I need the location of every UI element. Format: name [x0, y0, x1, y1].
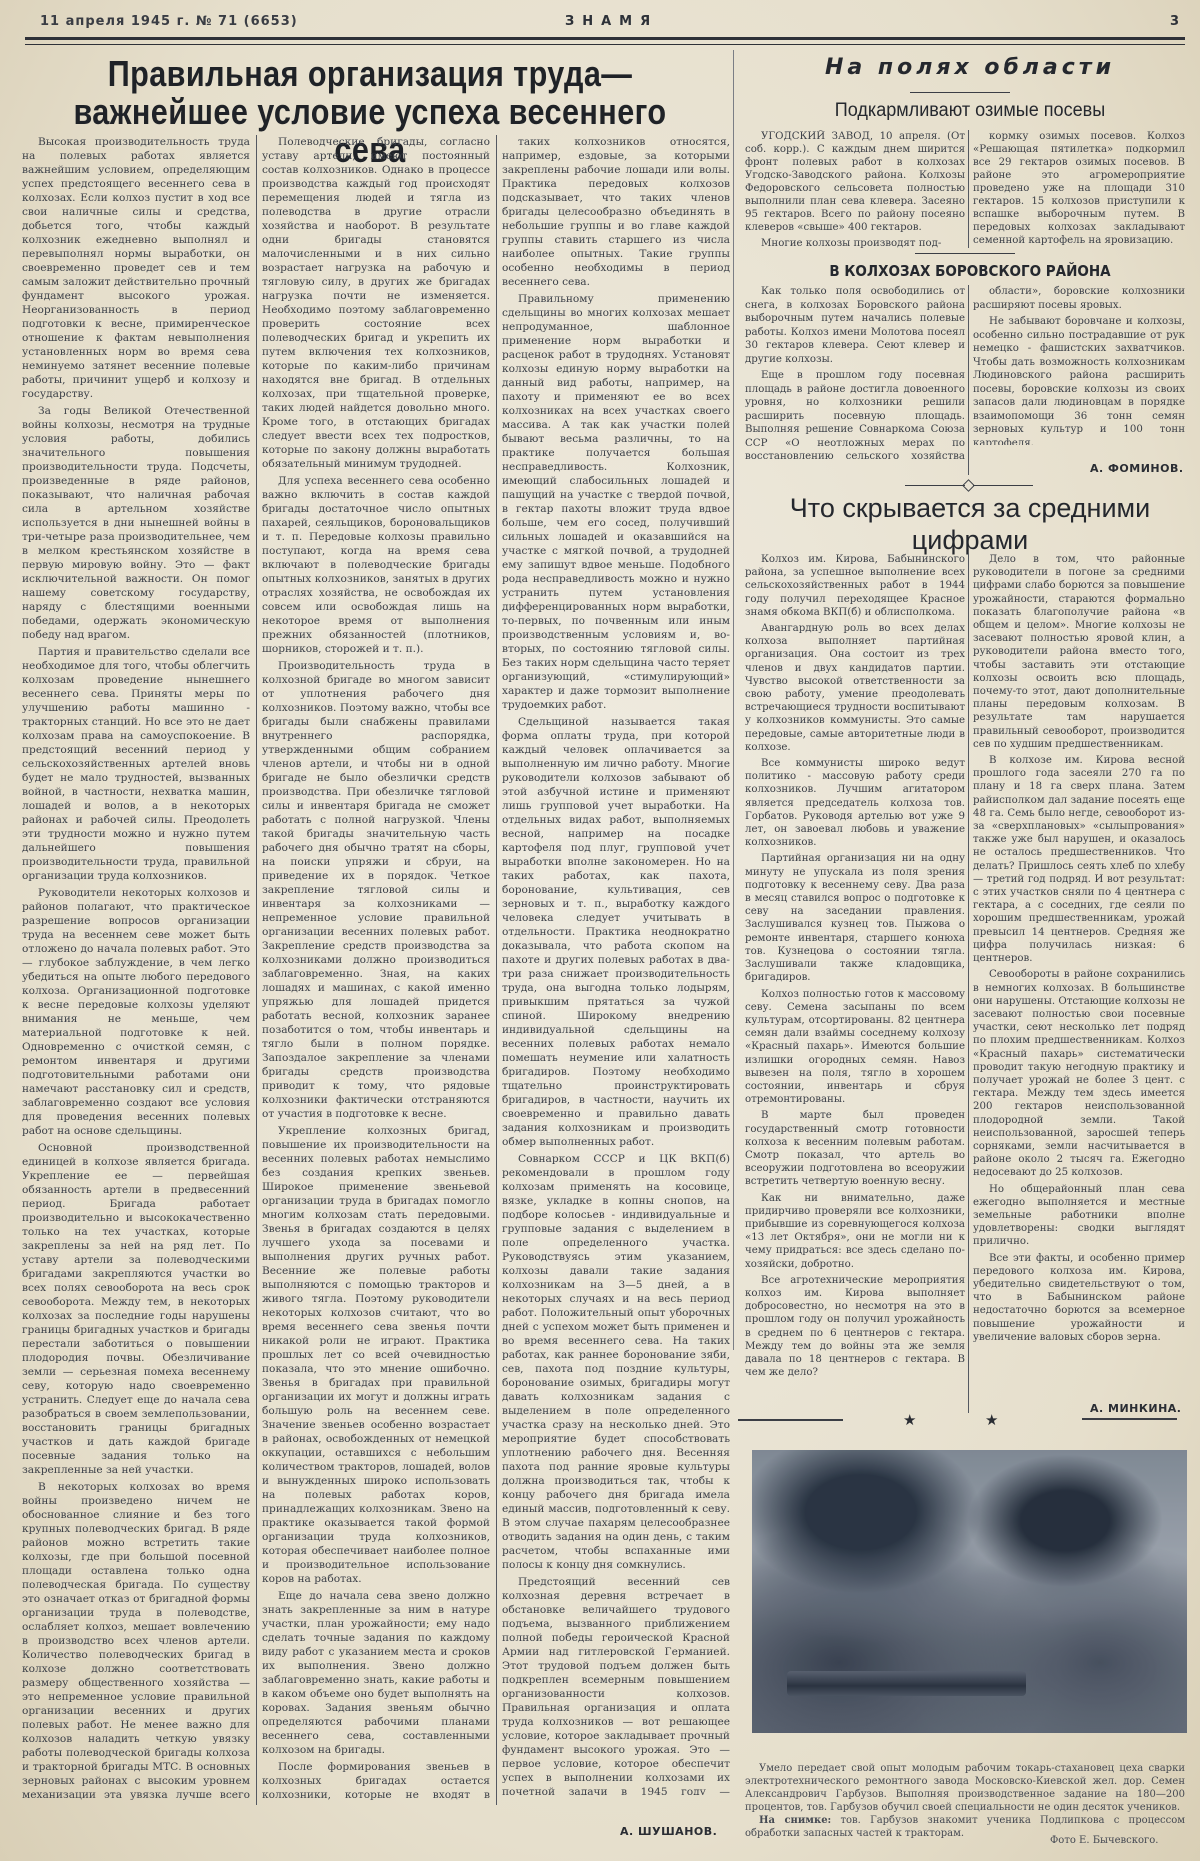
- decorative-rule: [738, 1419, 843, 1421]
- column-divider: [256, 135, 257, 1805]
- main-article-byline: А. ШУШАНОВ.: [620, 1825, 717, 1838]
- decorative-rule: [910, 92, 1010, 93]
- paragraph: УГОДСКИЙ ЗАВОД, 10 апреля. (От соб. корр…: [745, 130, 965, 234]
- main-article-column-3: таких колхозников относятся, например, е…: [502, 135, 730, 1795]
- paragraph: Колхоз им. Кирова, Бабынинского района, …: [745, 553, 965, 619]
- paragraph: Партия и правительство сделали все необх…: [22, 645, 250, 883]
- main-headline: Правильная организация труда— важнейшее …: [64, 55, 676, 130]
- paragraph: В некоторых колхозах во время войны прои…: [22, 1480, 250, 1800]
- paragraph: Правильному применению сдельщины во мног…: [502, 292, 730, 712]
- article2-byline: А. ФОМИНОВ.: [1090, 462, 1184, 475]
- column-divider: [968, 130, 969, 248]
- article2-column-1: Как только поля освободились от снега, в…: [745, 285, 965, 460]
- paragraph: Как ни внимательно, даже придирчиво пров…: [745, 1192, 965, 1271]
- article1-column-2: кормку озимых посевов. Колхоз «Решающая …: [973, 130, 1185, 255]
- section-title: На полях области: [740, 55, 1200, 80]
- paragraph: Не забывают боровчане и колхозы, особенн…: [973, 315, 1185, 445]
- paragraph: В колхозе им. Кирова весной прошлого год…: [973, 754, 1185, 965]
- article1-headline: Подкармливают озимые посевы: [752, 100, 1189, 122]
- paragraph: Многие колхозы производят под-: [745, 237, 965, 250]
- paragraph: В марте был проведен государственный смо…: [745, 1109, 965, 1188]
- article1-column-1: УГОДСКИЙ ЗАВОД, 10 апреля. (От соб. корр…: [745, 130, 965, 255]
- paragraph: Полеводческие бригады, согласно уставу а…: [262, 135, 490, 471]
- paragraph: Как только поля освободились от снега, в…: [745, 285, 965, 366]
- news-photo: [752, 1450, 1187, 1733]
- column-divider: [496, 135, 497, 1805]
- paragraph: Все коммунисты широко ведут политико - м…: [745, 757, 965, 849]
- photo-part: [787, 1671, 1026, 1696]
- article2-headline: В КОЛХОЗАХ БОРОВСКОГО РАЙОНА: [763, 262, 1177, 280]
- article3-column-2: Дело в том, что районные руководители в …: [973, 553, 1185, 1398]
- paragraph: Для успеха весеннего сева особенно важно…: [262, 474, 490, 656]
- photo-caption: Умело передает свой опыт молодым рабочим…: [745, 1762, 1185, 1840]
- paragraph: Укрепление колхозных бригад, повышение и…: [262, 1124, 490, 1586]
- paragraph: Производительность труда в колхозной бри…: [262, 659, 490, 1121]
- decorative-rule: [1082, 1418, 1177, 1420]
- paragraph: Высокая производительность труда на поле…: [22, 135, 250, 401]
- masthead: 11 апреля 1945 г. № 71 (6653) ЗНАМЯ 3: [10, 8, 1185, 30]
- paragraph: Основной производственной единицей в кол…: [22, 1141, 250, 1477]
- paragraph: Авангардную роль во всех делах колхоза в…: [745, 622, 965, 754]
- paragraph: Все эти факты, и особенно пример передов…: [973, 1252, 1185, 1344]
- star-ornament: ★: [985, 1411, 998, 1429]
- photo-credit: Фото Е. Бычевского.: [1050, 1835, 1159, 1846]
- newspaper-title: ЗНАМЯ: [565, 14, 658, 29]
- decorative-rule: [915, 253, 1015, 254]
- main-article-column-1: Высокая производительность труда на поле…: [22, 135, 250, 1800]
- paragraph: Предстоящий весенний сев колхозная дерев…: [502, 1575, 730, 1795]
- paragraph: Сдельщиной называется такая форма оплаты…: [502, 715, 730, 1149]
- masthead-rule-thin: [25, 44, 1185, 45]
- paragraph: Еще в прошлом году посевная площадь в ра…: [745, 369, 965, 460]
- article3-column-1: Колхоз им. Кирова, Бабынинского района, …: [745, 553, 965, 1408]
- newspaper-page: 11 апреля 1945 г. № 71 (6653) ЗНАМЯ 3 Пр…: [0, 0, 1200, 1861]
- paragraph: Севообороты в районе сохранились в немно…: [973, 968, 1185, 1179]
- paragraph: Колхоз полностью готов к массовому севу.…: [745, 988, 965, 1107]
- paragraph: таких колхозников относятся, например, е…: [502, 135, 730, 289]
- paragraph: Партийная организация ни на одну минуту …: [745, 852, 965, 984]
- paragraph: Но общерайонный план сева ежегодно выпол…: [973, 1183, 1185, 1249]
- issue-info: 11 апреля 1945 г. № 71 (6653): [40, 14, 298, 29]
- column-divider: [968, 553, 969, 1413]
- article3-headline: Что скрывается за средними цифрами: [740, 492, 1200, 556]
- article2-column-2: области», боровские колхозники расширяют…: [973, 285, 1185, 445]
- paragraph: Дело в том, что районные руководители в …: [973, 553, 1185, 751]
- paragraph: За годы Великой Отечественной войны колх…: [22, 404, 250, 642]
- paragraph: Еще до начала сева звено должно знать за…: [262, 1589, 490, 1757]
- paragraph: Совнарком СССР и ЦК ВКП(б) рекомендовали…: [502, 1152, 730, 1572]
- paragraph: Все агротехнические мероприятия колхоз и…: [745, 1274, 965, 1380]
- paragraph: области», боровские колхозники расширяют…: [973, 285, 1185, 312]
- column-divider: [968, 285, 969, 475]
- paragraph: кормку озимых посевов. Колхоз «Решающая …: [973, 130, 1185, 247]
- section-divider: [733, 50, 734, 1350]
- article3-byline: А. МИНКИНА.: [1090, 1402, 1181, 1415]
- page-number: 3: [1170, 14, 1179, 29]
- star-ornament: ★: [903, 1411, 916, 1429]
- paragraph: Руководители некоторых колхозов и районо…: [22, 886, 250, 1138]
- paragraph: После формирования звеньев в колхозных б…: [262, 1760, 490, 1800]
- masthead-rule: [25, 37, 1185, 40]
- decorative-rule: [973, 485, 1033, 486]
- decorative-rule: [905, 485, 965, 486]
- main-article-column-2: Полеводческие бригады, согласно уставу а…: [262, 135, 490, 1800]
